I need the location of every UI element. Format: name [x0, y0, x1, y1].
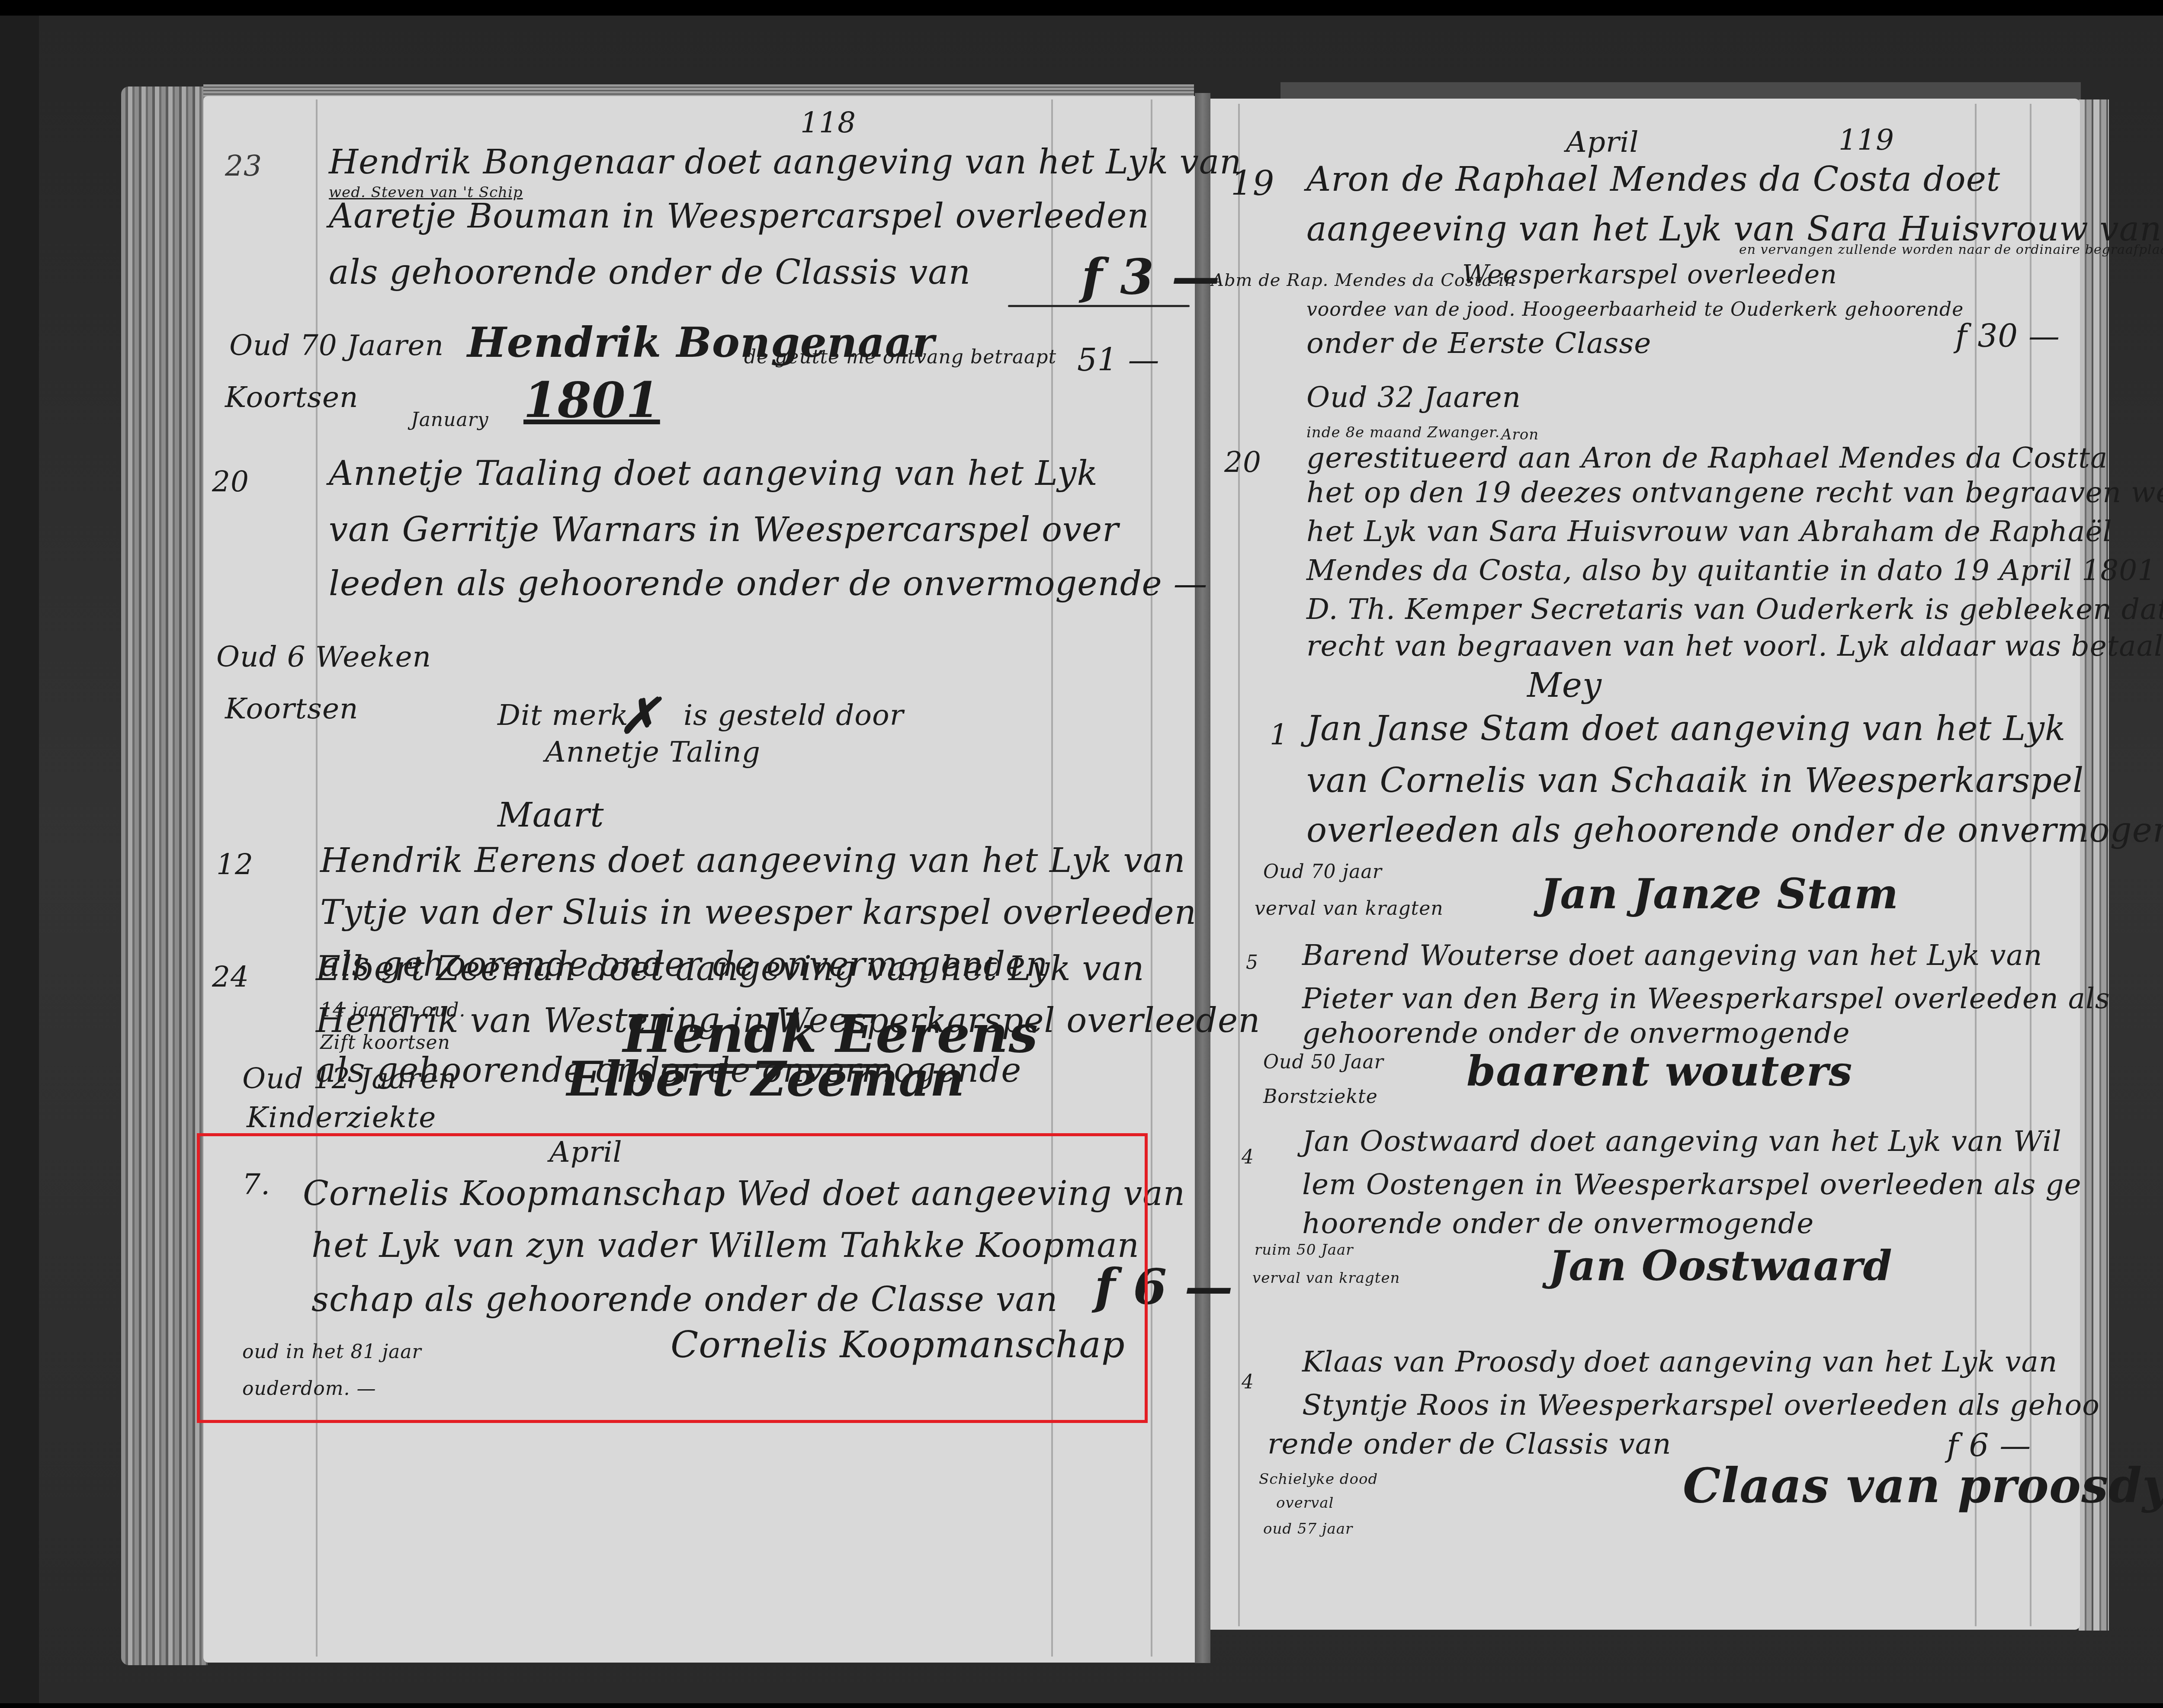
entry-day: 24: [212, 960, 249, 993]
entry-line: D. Th. Kemper Secretaris van Ouderkerk i…: [1306, 593, 2163, 626]
margin-cause: inde 8e maand Zwanger.: [1306, 424, 1500, 441]
margin-age: oud 57 jaar: [1263, 1520, 1353, 1538]
highlight-box: [197, 1133, 1148, 1423]
entry-day: 4: [1242, 1146, 1254, 1168]
book-cover-edge-left: [0, 16, 39, 1703]
entry-line: Hendrik Bongenaar doet aangeving van het…: [329, 143, 1242, 182]
scan-border-top: [0, 0, 2163, 16]
entry-line: Annetje Taaling doet aangeving van het L…: [329, 454, 1098, 493]
fee-amount: f 3 —: [1081, 249, 1220, 305]
entry-line: onder de Eerste Classe: [1306, 327, 1651, 360]
entry-line: het op den 19 deezes ontvangene recht va…: [1306, 476, 2163, 509]
signature: Elbert Zeeman: [567, 1051, 965, 1107]
month-heading: Mey: [1527, 666, 1602, 705]
mark-name: Annetje Taling: [545, 735, 761, 769]
entry-day: 20: [212, 465, 249, 498]
entry-line: van Gerritje Warnars in Weespercarspel o…: [329, 510, 1119, 549]
entry-line: gehoorende onder de onvermogende: [1302, 1016, 1850, 1050]
entry-line: Mendes da Costa, also by quitantie in da…: [1306, 554, 2163, 587]
margin-cause: overval: [1276, 1494, 1334, 1512]
entry-line: Hendrik Eerens doet aangeeving van het L…: [320, 841, 1185, 880]
entry-day: 19: [1231, 164, 1274, 203]
entry-line: Jan Oostwaard doet aangeving van het Lyk…: [1302, 1125, 2062, 1158]
margin-cause: verval van kragten: [1252, 1269, 1400, 1287]
entry-line: overleeden als gehoorende onder de onver…: [1306, 811, 2163, 850]
fee-amount: 51 —: [1077, 342, 1160, 378]
entry-line: het Lyk van Sara Huisvrouw van Abraham d…: [1306, 515, 2112, 548]
signature: Claas van proosdy: [1683, 1458, 2163, 1513]
margin-rule-right: [1238, 104, 1240, 1626]
mark-text: is gesteld door: [684, 699, 904, 732]
signature: Jan Oostwaard: [1549, 1241, 1893, 1290]
signature: baarent wouters: [1467, 1047, 1852, 1096]
scan-border-bottom: [0, 1703, 2163, 1708]
entry-line: Aaretje Bouman in Weespercarspel overlee…: [329, 197, 1149, 236]
mark-text: Dit merk: [497, 699, 629, 732]
entry-line: Styntje Roos in Weesperkarspel overleede…: [1302, 1388, 2100, 1422]
entry-line: Weesperkarspel overleeden: [1462, 260, 1837, 290]
fee-amount: f 30 —: [1955, 318, 2060, 354]
margin-age: ruim 50 Jaar: [1255, 1241, 1354, 1259]
entry-line: recht van begraaven van het voorl. Lyk a…: [1306, 629, 2163, 663]
entry-line: Jan Janse Stam doet aangeving van het Ly…: [1306, 709, 2066, 748]
page-stack-left: [121, 87, 208, 1665]
margin-age: Oud 6 Weeken: [216, 640, 431, 673]
page-number-right: 119: [1839, 123, 1894, 157]
margin-cause: Kinderziekte: [247, 1101, 436, 1134]
entry-line: Barend Wouterse doet aangeving van het L…: [1302, 939, 2042, 972]
month-heading: April: [1566, 125, 1639, 159]
entry-line: Aron de Raphael Mendes da Costa doet: [1306, 160, 2000, 199]
margin-cause: verval van kragten: [1255, 897, 1444, 920]
entry-interlinear: en vervangen zullende worden naar de ord…: [1739, 242, 2163, 257]
book-gutter: [1195, 93, 1210, 1663]
entry-line: Elbert Zeeman doet aangeving van het Lyk…: [316, 949, 1144, 988]
month-heading: Maart: [497, 796, 604, 835]
entry-line: hoorende onder de onvermogende: [1302, 1207, 1814, 1240]
margin-age: Oud 50 Jaar: [1263, 1051, 1384, 1073]
entry-line: rende onder de Classis van: [1268, 1427, 1672, 1461]
margin-cause: Koortsen: [225, 381, 359, 414]
page-stack-top: [203, 84, 1194, 97]
entry-day: 12: [216, 848, 254, 881]
margin-age: Oud 12 Jaaren: [242, 1062, 457, 1095]
entry-line: lem Oostengen in Weesperkarspel overleed…: [1302, 1168, 2082, 1201]
entry-line: leeden als gehoorende onder de onvermoge…: [329, 564, 1208, 603]
entry-note: de geutte me ontvang betraapt: [744, 346, 1056, 368]
entry-day: 20: [1224, 445, 1261, 479]
fee-underline: [1008, 305, 1190, 307]
entry-line: van Cornelis van Schaaik in Weesperkarsp…: [1306, 761, 2084, 800]
entry-day: 1: [1270, 718, 1288, 751]
margin-age: Oud 32 Jaaren: [1306, 381, 1521, 414]
margin-cause: Koortsen: [225, 692, 359, 725]
entry-line: gerestitueerd aan Aron de Raphael Mendes…: [1306, 441, 2108, 474]
entry-line: voordee van de jood. Hoogeerbaarheid te …: [1306, 298, 1964, 320]
margin-cause: Schielyke dood: [1259, 1471, 1378, 1488]
year-heading: 1801: [523, 372, 660, 429]
signature: Jan Janze Stam: [1540, 869, 1899, 918]
entry-line: Klaas van Proosdy doet aangeving van het…: [1302, 1345, 2057, 1378]
entry-line: Pieter van den Berg in Weesperkarspel ov…: [1302, 982, 2110, 1015]
page-number-left: 118: [800, 106, 856, 139]
entry-interlinear: Aron: [1501, 426, 1539, 443]
entry-line: Hendrik van Westering in Weesperkarspel …: [316, 1001, 1260, 1040]
entry-day: 4: [1242, 1371, 1254, 1393]
entry-line: Tytje van der Sluis in weesper karspel o…: [320, 893, 1197, 932]
month-heading: January: [411, 409, 489, 431]
entry-line: als gehoorende onder de Classis van: [329, 253, 971, 292]
margin-age: Oud 70 Jaaren: [229, 329, 444, 362]
margin-cause: Borstziekte: [1263, 1086, 1378, 1108]
entry-day: 5: [1246, 952, 1258, 974]
margin-age: Oud 70 jaar: [1263, 861, 1382, 883]
entry-day: 23: [225, 149, 262, 183]
